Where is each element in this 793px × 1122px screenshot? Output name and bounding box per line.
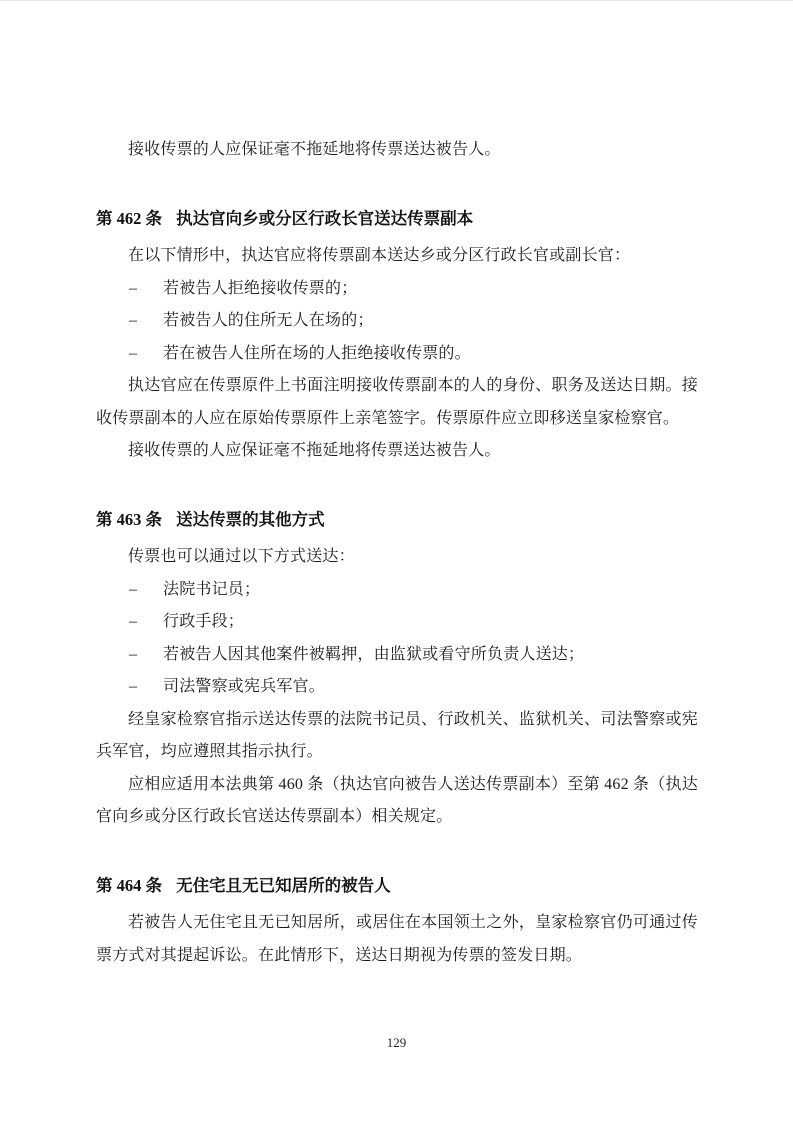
section-462-lead: 在以下情形中，执达官应将传票副本送达乡或分区行政长官或副长官： (96, 240, 698, 273)
document-body: 接收传票的人应保证毫不拖延地将传票送达被告人。 第 462 条 执达官向乡或分区… (96, 0, 698, 972)
list-item: – 法院书记员； (96, 574, 698, 607)
bullet-dash-icon: – (129, 574, 163, 607)
list-item: – 若在被告人住所在场的人拒绝接收传票的。 (96, 338, 698, 371)
section-title: 执达官向乡或分区行政长官送达传票副本 (176, 209, 473, 228)
section-title: 无住宅且无已知居所的被告人 (176, 876, 391, 895)
section-heading-464: 第 464 条 无住宅且无已知居所的被告人 (96, 870, 698, 903)
section-title: 送达传票的其他方式 (176, 510, 325, 529)
bullet-text: 若被告人的住所无人在场的； (163, 305, 698, 338)
section-number: 第 463 条 (96, 510, 162, 529)
section-463-paragraph: 应相应适用本法典第 460 条（执达官向被告人送达传票副本）至第 462 条（执… (96, 769, 698, 834)
bullet-dash-icon: – (129, 338, 163, 371)
bullet-text: 法院书记员； (163, 574, 698, 607)
section-464-lead: 若被告人无住宅且无已知居所，或居住在本国领土之外，皇家检察官仍可通过传票方式对其… (96, 907, 698, 972)
bullet-text: 若在被告人住所在场的人拒绝接收传票的。 (163, 338, 698, 371)
bullet-dash-icon: – (129, 639, 163, 672)
list-item: – 司法警察或宪兵军官。 (96, 671, 698, 704)
bullet-text: 司法警察或宪兵军官。 (163, 671, 698, 704)
list-item: – 若被告人因其他案件被羁押，由监狱或看守所负责人送达； (96, 639, 698, 672)
list-item: – 行政手段； (96, 606, 698, 639)
bullet-text: 若被告人拒绝接收传票的； (163, 273, 698, 306)
bullet-text: 若被告人因其他案件被羁押，由监狱或看守所负责人送达； (163, 639, 698, 672)
bullet-dash-icon: – (129, 305, 163, 338)
bullet-text: 行政手段； (163, 606, 698, 639)
section-462-paragraph: 执达官应在传票原件上书面注明接收传票副本的人的身份、职务及送达日期。接收传票副本… (96, 370, 698, 435)
section-heading-463: 第 463 条 送达传票的其他方式 (96, 504, 698, 537)
bullet-dash-icon: – (129, 273, 163, 306)
section-463-lead: 传票也可以通过以下方式送达： (96, 541, 698, 574)
section-number: 第 464 条 (96, 876, 162, 895)
list-item: – 若被告人拒绝接收传票的； (96, 273, 698, 306)
page-number: 129 (0, 1034, 793, 1052)
bullet-dash-icon: – (129, 606, 163, 639)
section-462-paragraph: 接收传票的人应保证毫不拖延地将传票送达被告人。 (96, 435, 698, 468)
section-heading-462: 第 462 条 执达官向乡或分区行政长官送达传票副本 (96, 203, 698, 236)
list-item: – 若被告人的住所无人在场的； (96, 305, 698, 338)
section-463-paragraph: 经皇家检察官指示送达传票的法院书记员、行政机关、监狱机关、司法警察或宪兵军官，均… (96, 704, 698, 769)
bullet-dash-icon: – (129, 671, 163, 704)
intro-paragraph: 接收传票的人应保证毫不拖延地将传票送达被告人。 (96, 134, 698, 167)
section-number: 第 462 条 (96, 209, 162, 228)
